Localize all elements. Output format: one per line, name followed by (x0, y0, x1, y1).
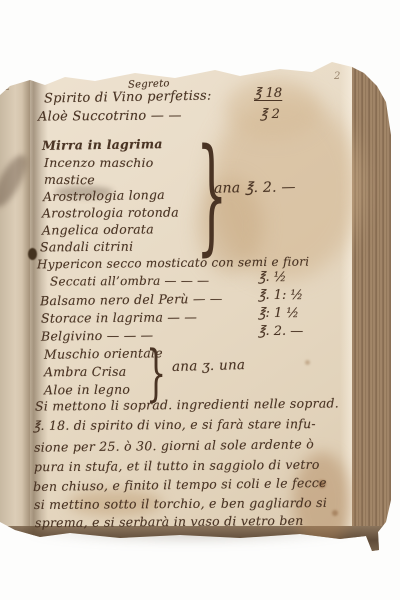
fox-speck (332, 510, 338, 516)
recipe-line: Aloè Succotrino — — (38, 108, 182, 124)
ingredient-item: Ambra Crisa (44, 364, 127, 379)
paragraph-line: Si mettono li soprad. ingredienti nelle … (35, 395, 339, 413)
fox-speck (305, 360, 310, 365)
paragraph-line: sprema, e si serbarà in vaso di vetro be… (35, 513, 304, 530)
paragraph-line: ℥. 18. di spirito di vino, e si farà sta… (33, 416, 316, 433)
ingredient-item: Incenzo maschio (44, 155, 154, 170)
ingredient-item: Aloe in legno (44, 382, 130, 398)
recipe-line: Seccati all’ombra — — — (50, 273, 210, 288)
ingredient-item: mastice (44, 172, 95, 188)
manuscript-photo: 2 2 Segreto Spirito di Vino perfetiss: ℥… (0, 0, 400, 600)
ingredient-item: Angelica odorata (42, 221, 154, 237)
page-number: 2 (334, 71, 340, 82)
ingredient-item: Mirra in lagrima (42, 136, 163, 153)
group-brace: } (146, 342, 166, 403)
left-page-number: 2 (4, 82, 10, 93)
recipe-quantity: ℥ 18 (254, 86, 282, 101)
recipe-quantity: ℥. ½ (258, 270, 286, 285)
gutter-knot (28, 248, 37, 260)
recipe-line: Spirito di Vino perfetiss: (44, 89, 212, 107)
recipe-line: Hypericon secco mosticato con semi e fio… (37, 255, 309, 272)
paragraph-line: si mettino sotto il torchio, e ben gagli… (34, 495, 327, 512)
recipe-line: Belgivino — — — (41, 327, 154, 343)
recipe-quantity: ℥. 2. — (258, 324, 303, 339)
paragraph-line: pura in stufa, et il tutto in saggiolo d… (34, 457, 320, 474)
book: 2 2 Segreto Spirito di Vino perfetiss: ℥… (0, 60, 392, 552)
recipe-quantity: ℥. 1: ½ (258, 288, 303, 303)
recipe-line: Storace in lagrima — — (41, 309, 197, 325)
book-fore-edge (352, 60, 392, 552)
dose-note: ana ʒ. una (172, 357, 246, 375)
ingredient-item: Arostrologia rotonda (42, 205, 179, 221)
ingredient-item: Sandali citrini (40, 239, 133, 255)
recipe-quantity: ℥ 2 (260, 107, 280, 122)
ingredient-item: Arostrologia longa (43, 187, 165, 204)
dose-note: ana ℥. 2. — (214, 179, 296, 196)
recipe-line: Balsamo nero del Perù — — (40, 291, 223, 309)
recipe-quantity: ℥: 1 ½ (258, 306, 299, 321)
